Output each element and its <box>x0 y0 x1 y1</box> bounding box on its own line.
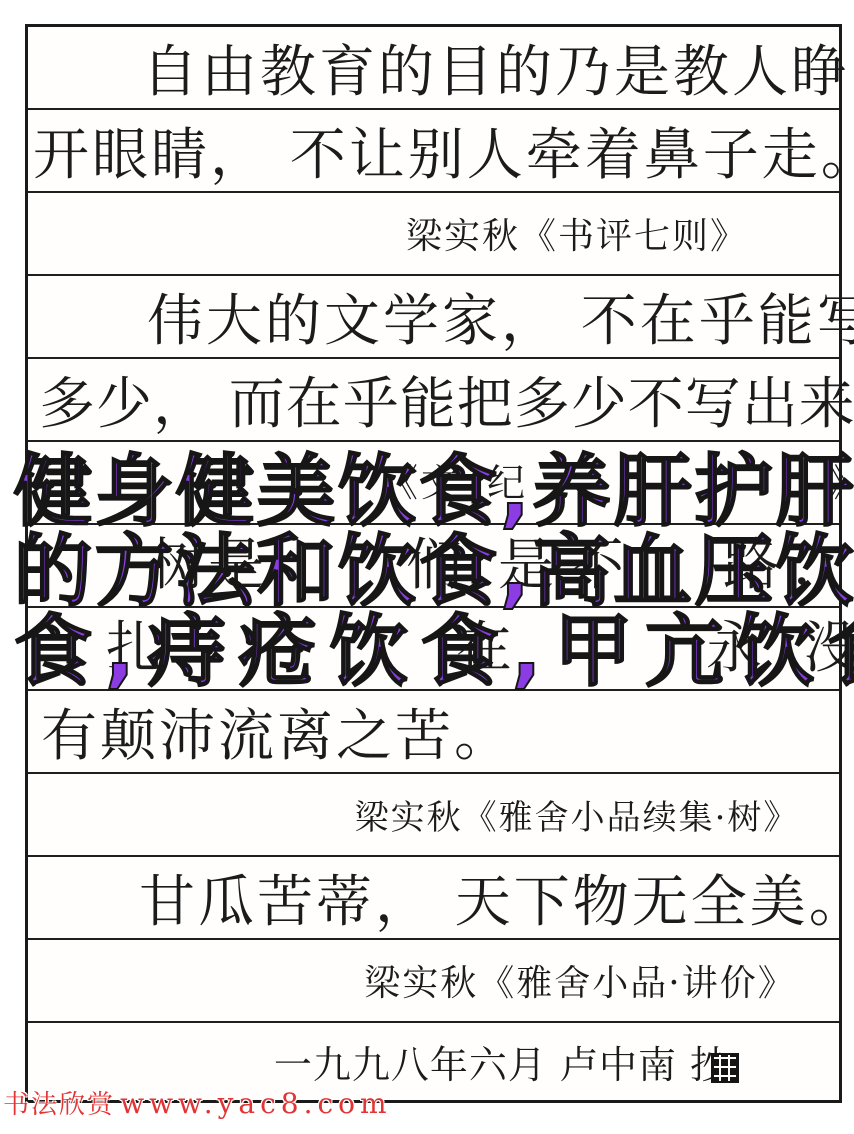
watermark-url: www.yac8.com <box>120 1087 391 1120</box>
attribution-line: 梁实秋《书评七则》 <box>28 193 839 276</box>
attribution-text: 梁实秋《书评七则》 <box>406 208 748 259</box>
overlay-line: 健身健美饮食,养肝护肝 <box>14 452 854 532</box>
quote-text: 开眼睛， 不让别人牵着鼻子走。 <box>33 111 854 191</box>
watermark: 书法欣赏 www.yac8.com <box>3 1084 392 1121</box>
attribution-text: 梁实秋《雅舍小品·讲价》 <box>364 955 795 1006</box>
seal-icon <box>711 1053 739 1083</box>
calligraphy-line: 开眼睛， 不让别人牵着鼻子走。 <box>28 110 839 193</box>
calligraphy-line: 多少， 而在乎能把多少不写出来。 <box>28 359 839 442</box>
signature-text: 一九九八年六月 卢中南 抄 <box>274 1034 729 1089</box>
quote-text: 甘瓜苦蒂， 天下物无全美。 <box>139 858 854 938</box>
quote-text: 多少， 而在乎能把多少不写出来。 <box>39 360 854 440</box>
calligraphy-line: 自由教育的目的乃是教人睁 <box>28 27 839 110</box>
watermark-site-name: 书法欣赏 <box>3 1090 115 1120</box>
quote-text: 自由教育的目的乃是教人睁 <box>142 28 850 108</box>
attribution-line: 梁实秋《雅舍小品续集·树》 <box>28 774 839 857</box>
overlay-line: 食,痔疮饮食,甲亢饮食 <box>14 612 854 692</box>
seal-stamp <box>711 1053 739 1087</box>
calligraphy-line: 有颠沛流离之苦。 <box>28 691 839 774</box>
quote-text: 伟大的文学家， 不在乎能写 <box>147 277 854 357</box>
calligraphy-line: 伟大的文学家， 不在乎能写 <box>28 276 839 359</box>
spam-keyword-overlay: 健身健美饮食,养肝护肝 的方法和饮食,高血压饮 食,痔疮饮食,甲亢饮食 <box>14 452 854 692</box>
calligraphy-line: 甘瓜苦蒂， 天下物无全美。 <box>28 857 839 940</box>
calligraphy-scan-page: { "page_type": "scanned hard-pen calligr… <box>0 0 854 1134</box>
quote-text: 有颠沛流离之苦。 <box>41 692 513 772</box>
attribution-line: 梁实秋《雅舍小品·讲价》 <box>28 940 839 1023</box>
overlay-line: 的方法和饮食,高血压饮 <box>14 532 854 612</box>
attribution-text: 梁实秋《雅舍小品续集·树》 <box>355 790 800 839</box>
